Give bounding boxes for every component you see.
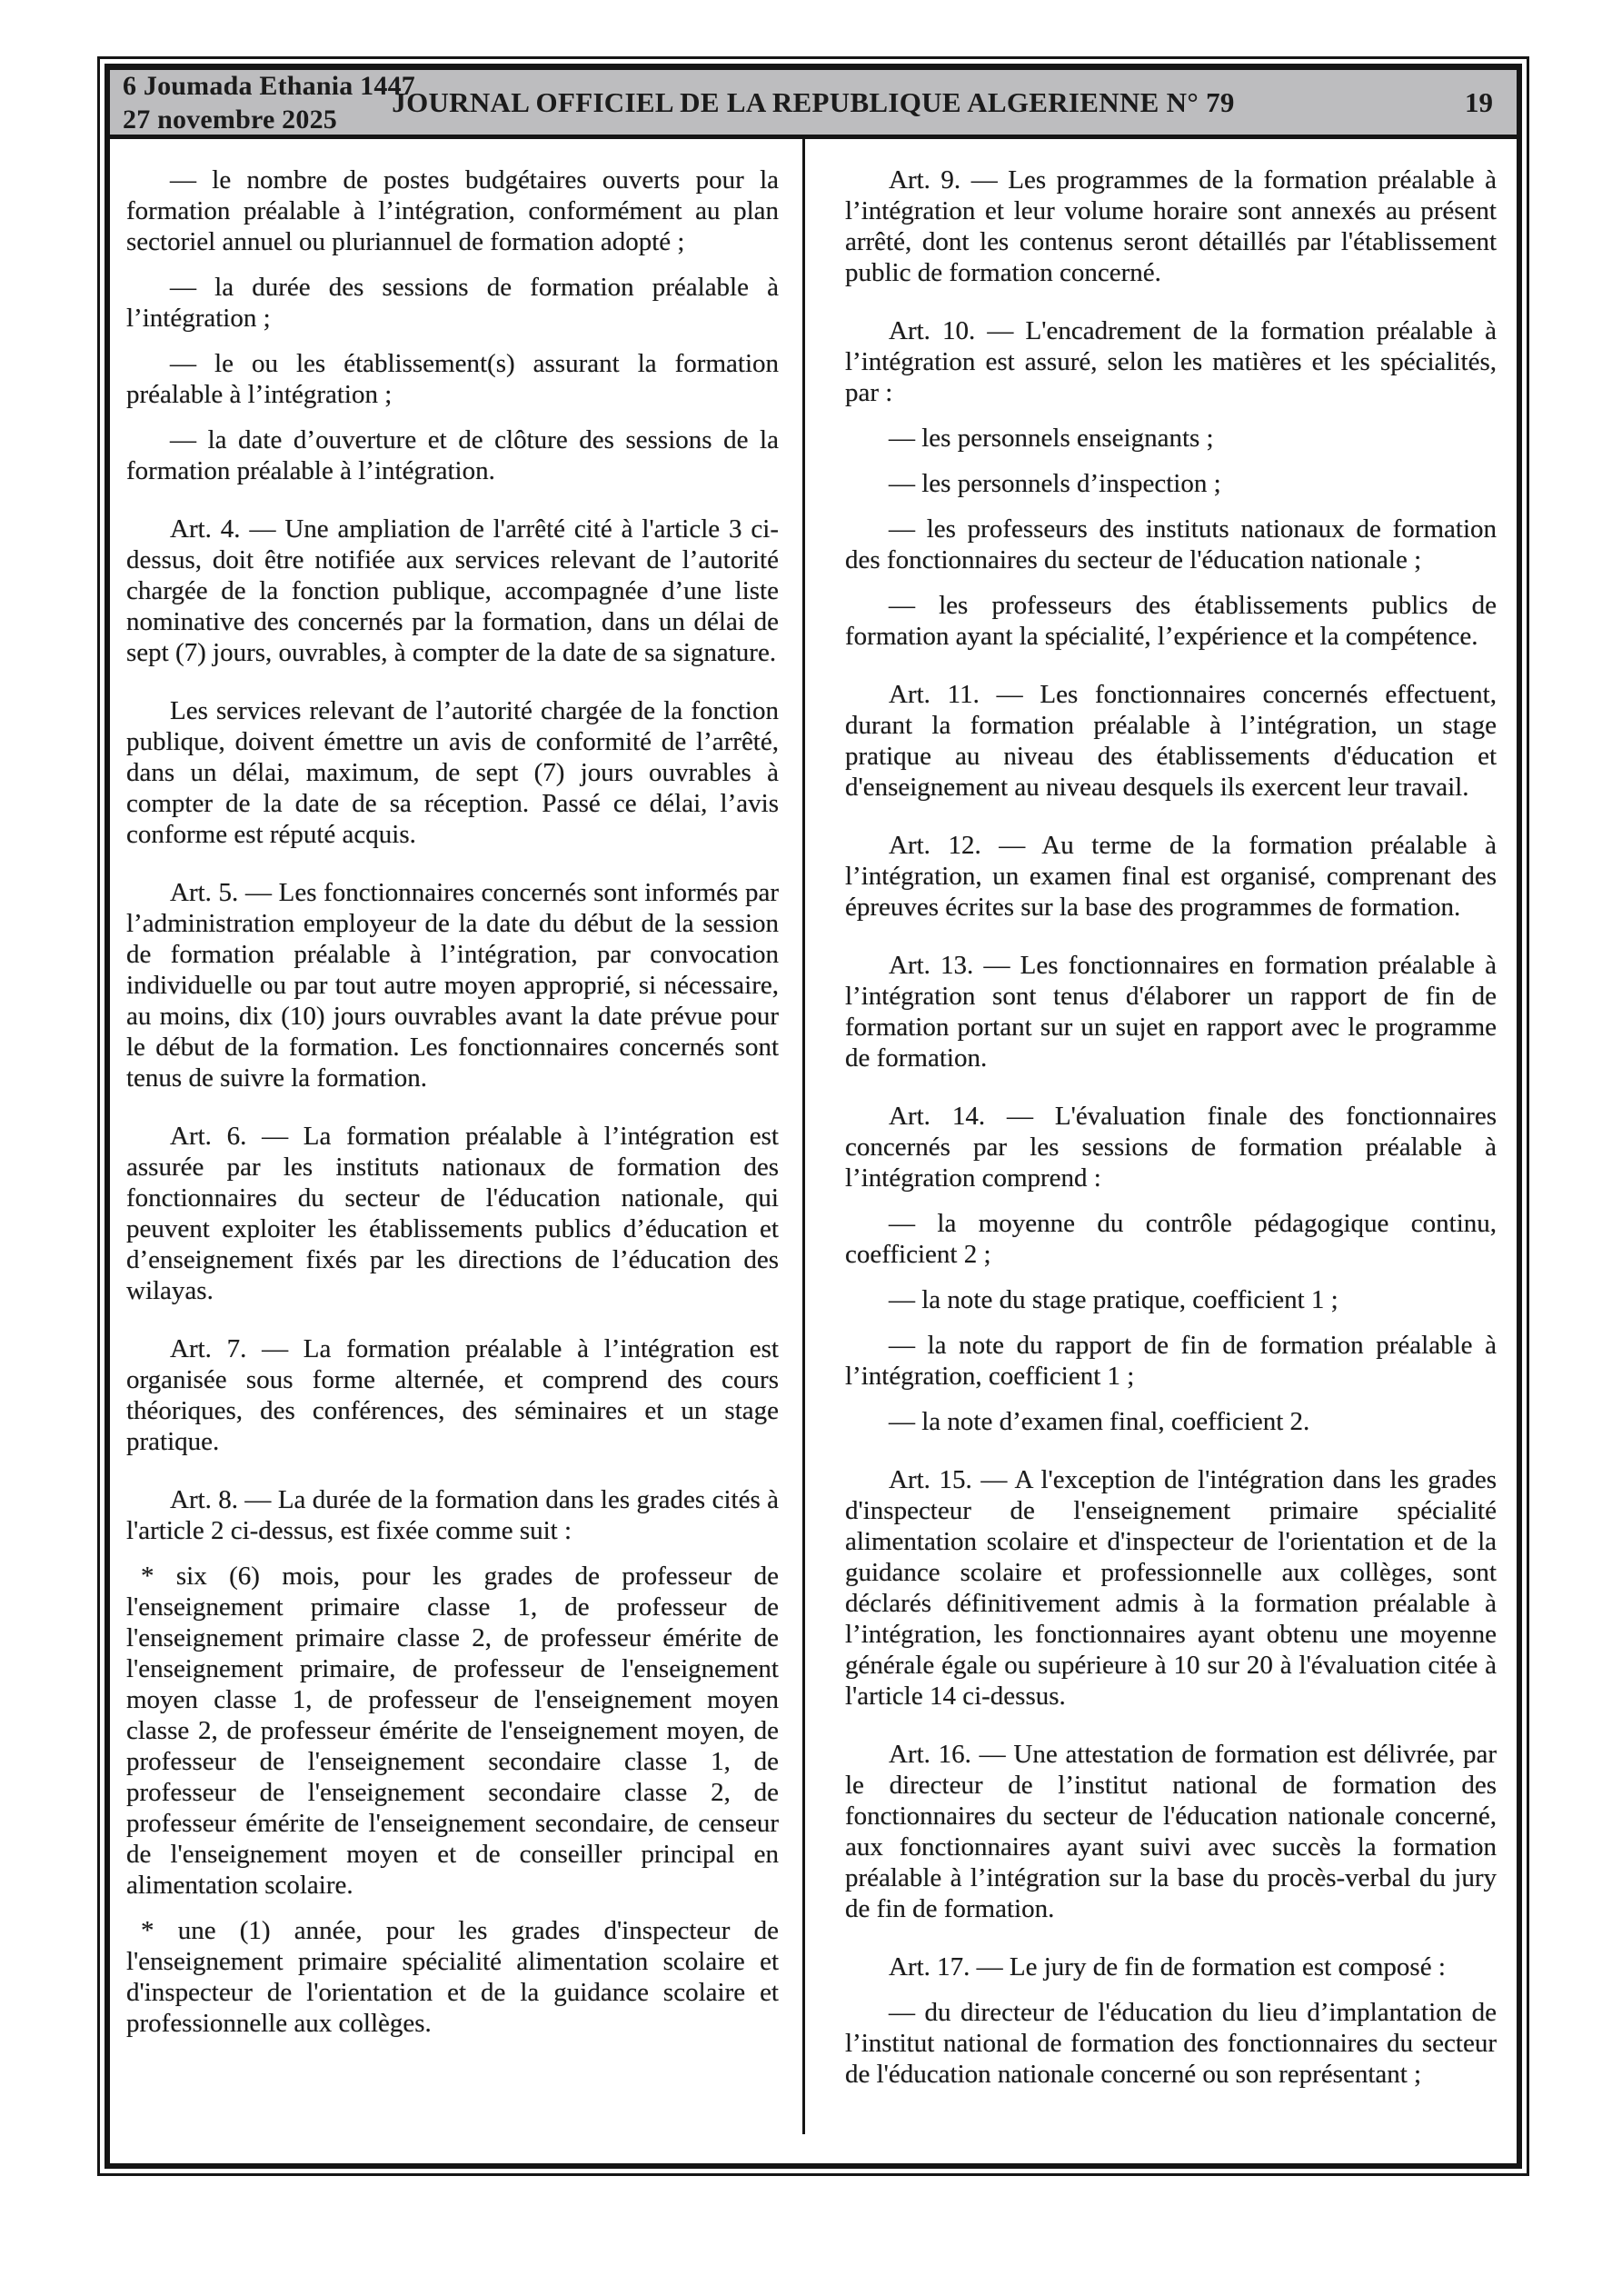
article-paragraph: Art. 14. — L'évaluation finale des fonct…	[845, 1101, 1497, 1193]
article-paragraph: Art. 15. — A l'exception de l'intégratio…	[845, 1464, 1497, 1712]
dash-list-item: — la note d’examen final, coefficient 2.	[845, 1406, 1497, 1437]
article-paragraph: Art. 6. — La formation préalable à l’int…	[126, 1121, 779, 1306]
star-list-item: * une (1) année, pour les grades d'inspe…	[126, 1915, 779, 2039]
gregorian-date: 27 novembre 2025	[123, 103, 415, 136]
article-paragraph: Art. 10. — L'encadrement de la formation…	[845, 315, 1497, 408]
article-paragraph: Art. 4. — Une ampliation de l'arrêté cit…	[126, 514, 779, 668]
dash-list-item: — les personnels d’inspection ;	[845, 468, 1497, 499]
dash-list-item: — le nombre de postes budgétaires ouvert…	[126, 165, 779, 257]
right-column: Art. 9. — Les programmes de la formation…	[805, 139, 1517, 2163]
article-paragraph: Art. 5. — Les fonctionnaires concernés s…	[126, 877, 779, 1093]
article-paragraph: Art. 17. — Le jury de fin de formation e…	[845, 1952, 1497, 1982]
article-paragraph: Art. 11. — Les fonctionnaires concernés …	[845, 679, 1497, 803]
page-number: 19	[1465, 86, 1493, 119]
page-frame-inner: 6 Joumada Ethania 1447 27 novembre 2025 …	[104, 64, 1522, 2169]
dash-list-item: — les personnels enseignants ;	[845, 423, 1497, 454]
page-frame-outer: 6 Joumada Ethania 1447 27 novembre 2025 …	[97, 56, 1529, 2176]
article-paragraph: Art. 7. — La formation préalable à l’int…	[126, 1333, 779, 1457]
article-paragraph: Art. 9. — Les programmes de la formation…	[845, 165, 1497, 288]
hijri-date: 6 Joumada Ethania 1447	[123, 69, 415, 103]
dash-list-item: — les professeurs des établissements pub…	[845, 590, 1497, 652]
page-body: — le nombre de postes budgétaires ouvert…	[110, 139, 1517, 2163]
dash-list-item: — le ou les établissement(s) assurant la…	[126, 348, 779, 410]
paragraph: Les services relevant de l’autorité char…	[126, 695, 779, 850]
star-list-item: * six (6) mois, pour les grades de profe…	[126, 1561, 779, 1901]
article-paragraph: Art. 16. — Une attestation de formation …	[845, 1739, 1497, 1924]
journal-title: JOURNAL OFFICIEL DE LA REPUBLIQUE ALGERI…	[392, 86, 1234, 119]
article-paragraph: Art. 8. — La durée de la formation dans …	[126, 1484, 779, 1546]
article-paragraph: Art. 13. — Les fonctionnaires en formati…	[845, 950, 1497, 1073]
journal-officiel-page: 6 Joumada Ethania 1447 27 novembre 2025 …	[0, 0, 1622, 2296]
dash-list-item: — la date d’ouverture et de clôture des …	[126, 424, 779, 486]
left-column: — le nombre de postes budgétaires ouvert…	[110, 139, 802, 2163]
dash-list-item: — la note du rapport de fin de formation…	[845, 1330, 1497, 1392]
dash-list-item: — la durée des sessions de formation pré…	[126, 272, 779, 334]
dash-list-item: — la moyenne du contrôle pédagogique con…	[845, 1208, 1497, 1270]
article-paragraph: Art. 12. — Au terme de la formation préa…	[845, 830, 1497, 923]
issue-dates: 6 Joumada Ethania 1447 27 novembre 2025	[123, 69, 415, 136]
page-header: 6 Joumada Ethania 1447 27 novembre 2025 …	[110, 70, 1517, 139]
dash-list-item: — la note du stage pratique, coefficient…	[845, 1284, 1497, 1315]
dash-list-item: — les professeurs des instituts nationau…	[845, 514, 1497, 575]
dash-list-item: — du directeur de l'éducation du lieu d’…	[845, 1997, 1497, 2090]
